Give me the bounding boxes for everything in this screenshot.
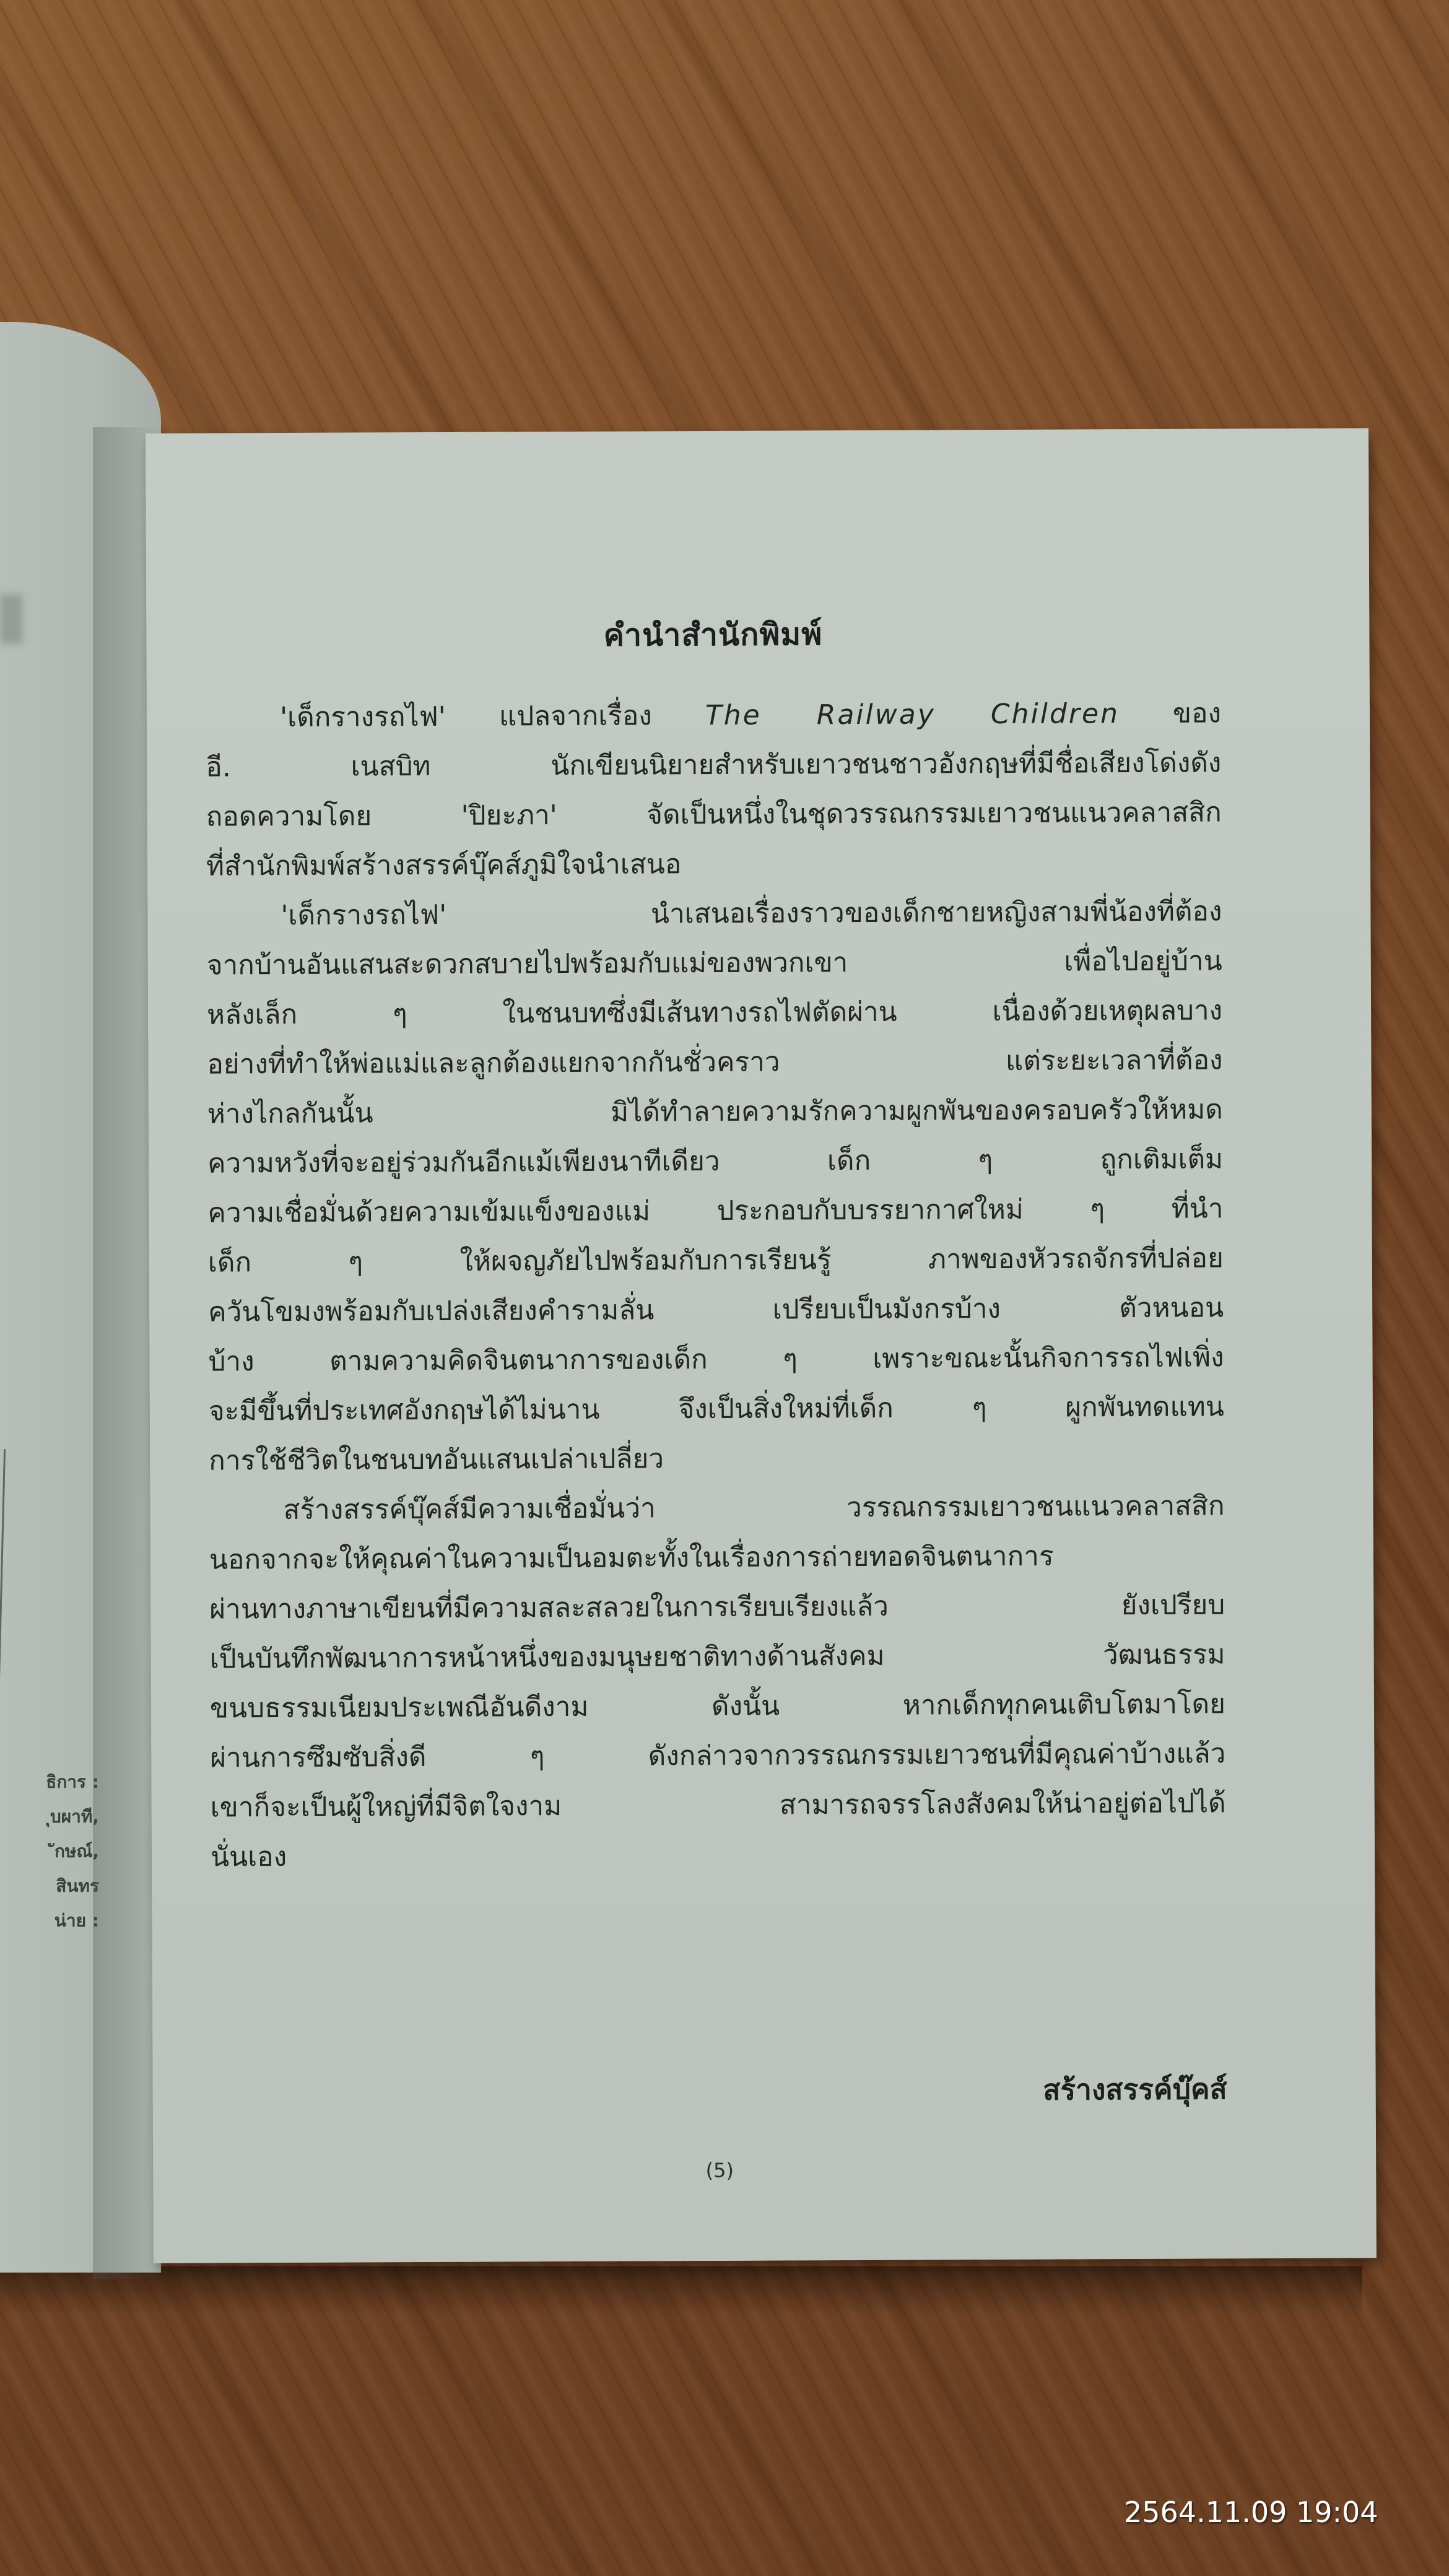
page-number: (5) — [212, 2156, 1227, 2184]
credit-fragment: ักษณ์, — [25, 1834, 99, 1869]
credit-fragment: ธิการ : — [25, 1765, 99, 1799]
text-line: 'เด็กรางรถไฟ' แปลจากเรื่อง The Railway C… — [206, 689, 1221, 742]
text-line: บ้าง ตามความคิดจินตนาการของเด็ก ๆ เพราะข… — [208, 1333, 1224, 1386]
text-line: ถอดความโดย 'ปิยะภา' จัดเป็นหนึ่งในชุดวรร… — [206, 788, 1222, 842]
text-line: เป็นบันทึกพัฒนาการหน้าหนึ่งของมนุษยชาติท… — [209, 1630, 1225, 1684]
text-line: ขนบธรรมเนียมประเพณีอันดีงาม ดังนั้น หากเ… — [210, 1679, 1225, 1733]
previous-page-credits: ธิการ : ุบผาที, ักษณ์, สินทร น่าย : — [25, 1765, 99, 1938]
text-line: เขาก็จะเป็นผู้ใหญ่ที่มีจิตใจงาม สามารถจร… — [211, 1778, 1226, 1832]
book-shadow — [0, 2266, 1362, 2316]
credit-fragment: สินทร — [25, 1869, 99, 1904]
text-line: ควันโขมงพร้อมกับเปล่งเสียงคำรามลั่น เปรี… — [208, 1283, 1224, 1337]
text-line: อย่างที่ทำให้พ่อแม่และลูกต้องแยกจากกันชั… — [207, 1035, 1222, 1089]
text-line: ห่างไกลกันนั้น มิได้ทำลายความรักความผูกพ… — [207, 1085, 1223, 1139]
text-line: ที่สำนักพิมพ์สร้างสรรค์บุ๊คส์ภูมิใจนำเสน… — [206, 837, 1222, 891]
english-book-title: The Railway Children — [705, 698, 1120, 731]
text-line: การใช้ชีวิตในชนบทอันแสนเปล่าเปลี่ยว — [209, 1432, 1224, 1486]
text-line: จากบ้านอันแสนสะดวกสบายไปพร้อมกับแม่ของพว… — [207, 936, 1222, 990]
bleed-through-mark — [0, 594, 22, 644]
text-line: อี. เนสบิท นักเขียนนิยายสำหรับเยาวชนชาวอ… — [206, 738, 1221, 792]
text-line: 'เด็กรางรถไฟ' นำเสนอเรื่องราวของเด็กชายห… — [206, 887, 1222, 941]
text-line: ความหวังที่จะอยู่ร่วมกันอีกแม้เพียงนาทีเ… — [207, 1134, 1223, 1188]
page-content: คำนำสำนักพิมพ์ 'เด็กรางรถไฟ' แปลจากเรื่อ… — [204, 429, 1220, 433]
text-line: เด็ก ๆ ให้ผจญภัยไปพร้อมกับการเรียนรู้ ภา… — [208, 1234, 1224, 1287]
text-line: นั่นเอง — [211, 1828, 1226, 1882]
camera-timestamp: 2564.11.09 19:04 — [1124, 2495, 1378, 2529]
publisher-signature: สร้างสรรค์บุ๊คส์ — [1043, 2066, 1227, 2112]
text-line: สร้างสรรค์บุ๊คส์มีความเชื่อมั่นว่า วรรณก… — [209, 1481, 1224, 1535]
credit-fragment: ุบผาที, — [25, 1799, 99, 1834]
box-frame-edge — [0, 1449, 6, 1759]
book-page: คำนำสำนักพิมพ์ 'เด็กรางรถไฟ' แปลจากเรื่อ… — [146, 428, 1377, 2263]
foreword-body: 'เด็กรางรถไฟ' แปลจากเรื่อง The Railway C… — [206, 689, 1226, 1882]
text-line: นอกจากจะให้คุณค่าในความเป็นอมตะทั้งในเรื… — [209, 1531, 1225, 1585]
text-line: ผ่านการซึมซับสิ่งดี ๆ ดังกล่าวจากวรรณกรร… — [210, 1729, 1225, 1783]
credit-fragment: น่าย : — [25, 1904, 99, 1938]
text-line: จะมีขึ้นที่ประเทศอังกฤษได้ไม่นาน จึงเป็น… — [209, 1382, 1224, 1436]
text-line: ความเชื่อมั่นด้วยความเข้มแข็งของแม่ ประก… — [207, 1184, 1223, 1238]
page-title: คำนำสำนักพิมพ์ — [205, 608, 1221, 661]
text-line: หลังเล็ก ๆ ในชนบทซึ่งมีเส้นทางรถไฟตัดผ่า… — [207, 986, 1222, 1040]
text-line: ผ่านทางภาษาเขียนที่มีความสละสลวยในการเรี… — [209, 1580, 1225, 1634]
book-gutter-shadow — [93, 427, 155, 2279]
